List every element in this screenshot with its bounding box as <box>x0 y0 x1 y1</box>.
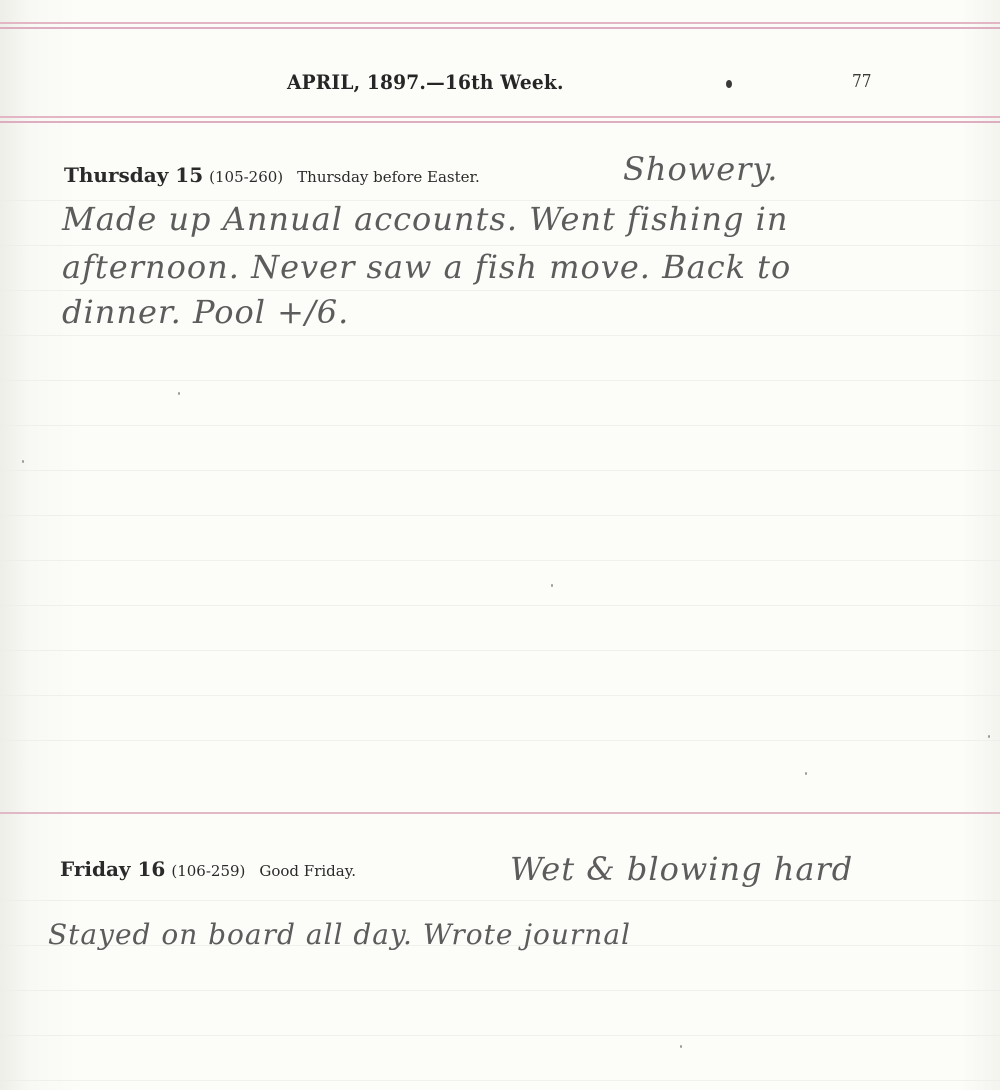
entry-divider <box>0 812 1000 814</box>
paper-speck <box>22 460 24 463</box>
day-name: Thursday 15 <box>64 163 203 187</box>
ruled-line <box>0 245 1000 246</box>
header-pink-rule <box>0 116 1000 124</box>
paper-speck <box>805 772 807 775</box>
paper-speck <box>178 392 180 395</box>
ruled-line <box>0 605 1000 606</box>
ruled-line <box>0 1035 1000 1036</box>
entry-heading-friday: Friday 16(106-259)Good Friday. <box>60 857 356 881</box>
entry-heading-thursday: Thursday 15(105-260)Thursday before East… <box>64 163 480 187</box>
handwritten-line: Made up Annual accounts. Went fishing in <box>62 200 788 238</box>
weather-note: Showery. <box>623 150 778 188</box>
page-number: 77 <box>852 71 871 92</box>
day-name: Friday 16 <box>60 857 165 881</box>
ruled-line <box>0 740 1000 741</box>
day-counts: (105-260) <box>209 168 283 186</box>
ruled-line <box>0 990 1000 991</box>
day-observance: Good Friday. <box>259 862 356 880</box>
ruled-line <box>0 650 1000 651</box>
ruled-line <box>0 900 1000 901</box>
diary-page: APRIL, 1897.—16th Week. 77 Thursday 15(1… <box>0 0 1000 1090</box>
weather-note: Wet & blowing hard <box>510 850 853 888</box>
ruled-line <box>0 560 1000 561</box>
top-pink-rule <box>0 22 1000 30</box>
bullet-icon <box>726 80 732 88</box>
handwritten-line: afternoon. Never saw a fish move. Back t… <box>62 248 791 286</box>
handwritten-line: Stayed on board all day. Wrote journal <box>48 918 631 951</box>
ruled-line <box>0 1080 1000 1081</box>
ruled-line <box>0 515 1000 516</box>
ruled-line <box>0 290 1000 291</box>
paper-speck <box>680 1045 682 1048</box>
paper-speck <box>551 584 553 587</box>
ruled-line <box>0 335 1000 336</box>
paper-speck <box>988 735 990 738</box>
day-observance: Thursday before Easter. <box>297 168 480 186</box>
ruled-line <box>0 695 1000 696</box>
ruled-line <box>0 380 1000 381</box>
ruled-line <box>0 425 1000 426</box>
day-counts: (106-259) <box>171 862 245 880</box>
page-header-title: APRIL, 1897.—16th Week. <box>287 70 564 94</box>
handwritten-line: dinner. Pool +/6. <box>62 293 349 331</box>
ruled-line <box>0 470 1000 471</box>
